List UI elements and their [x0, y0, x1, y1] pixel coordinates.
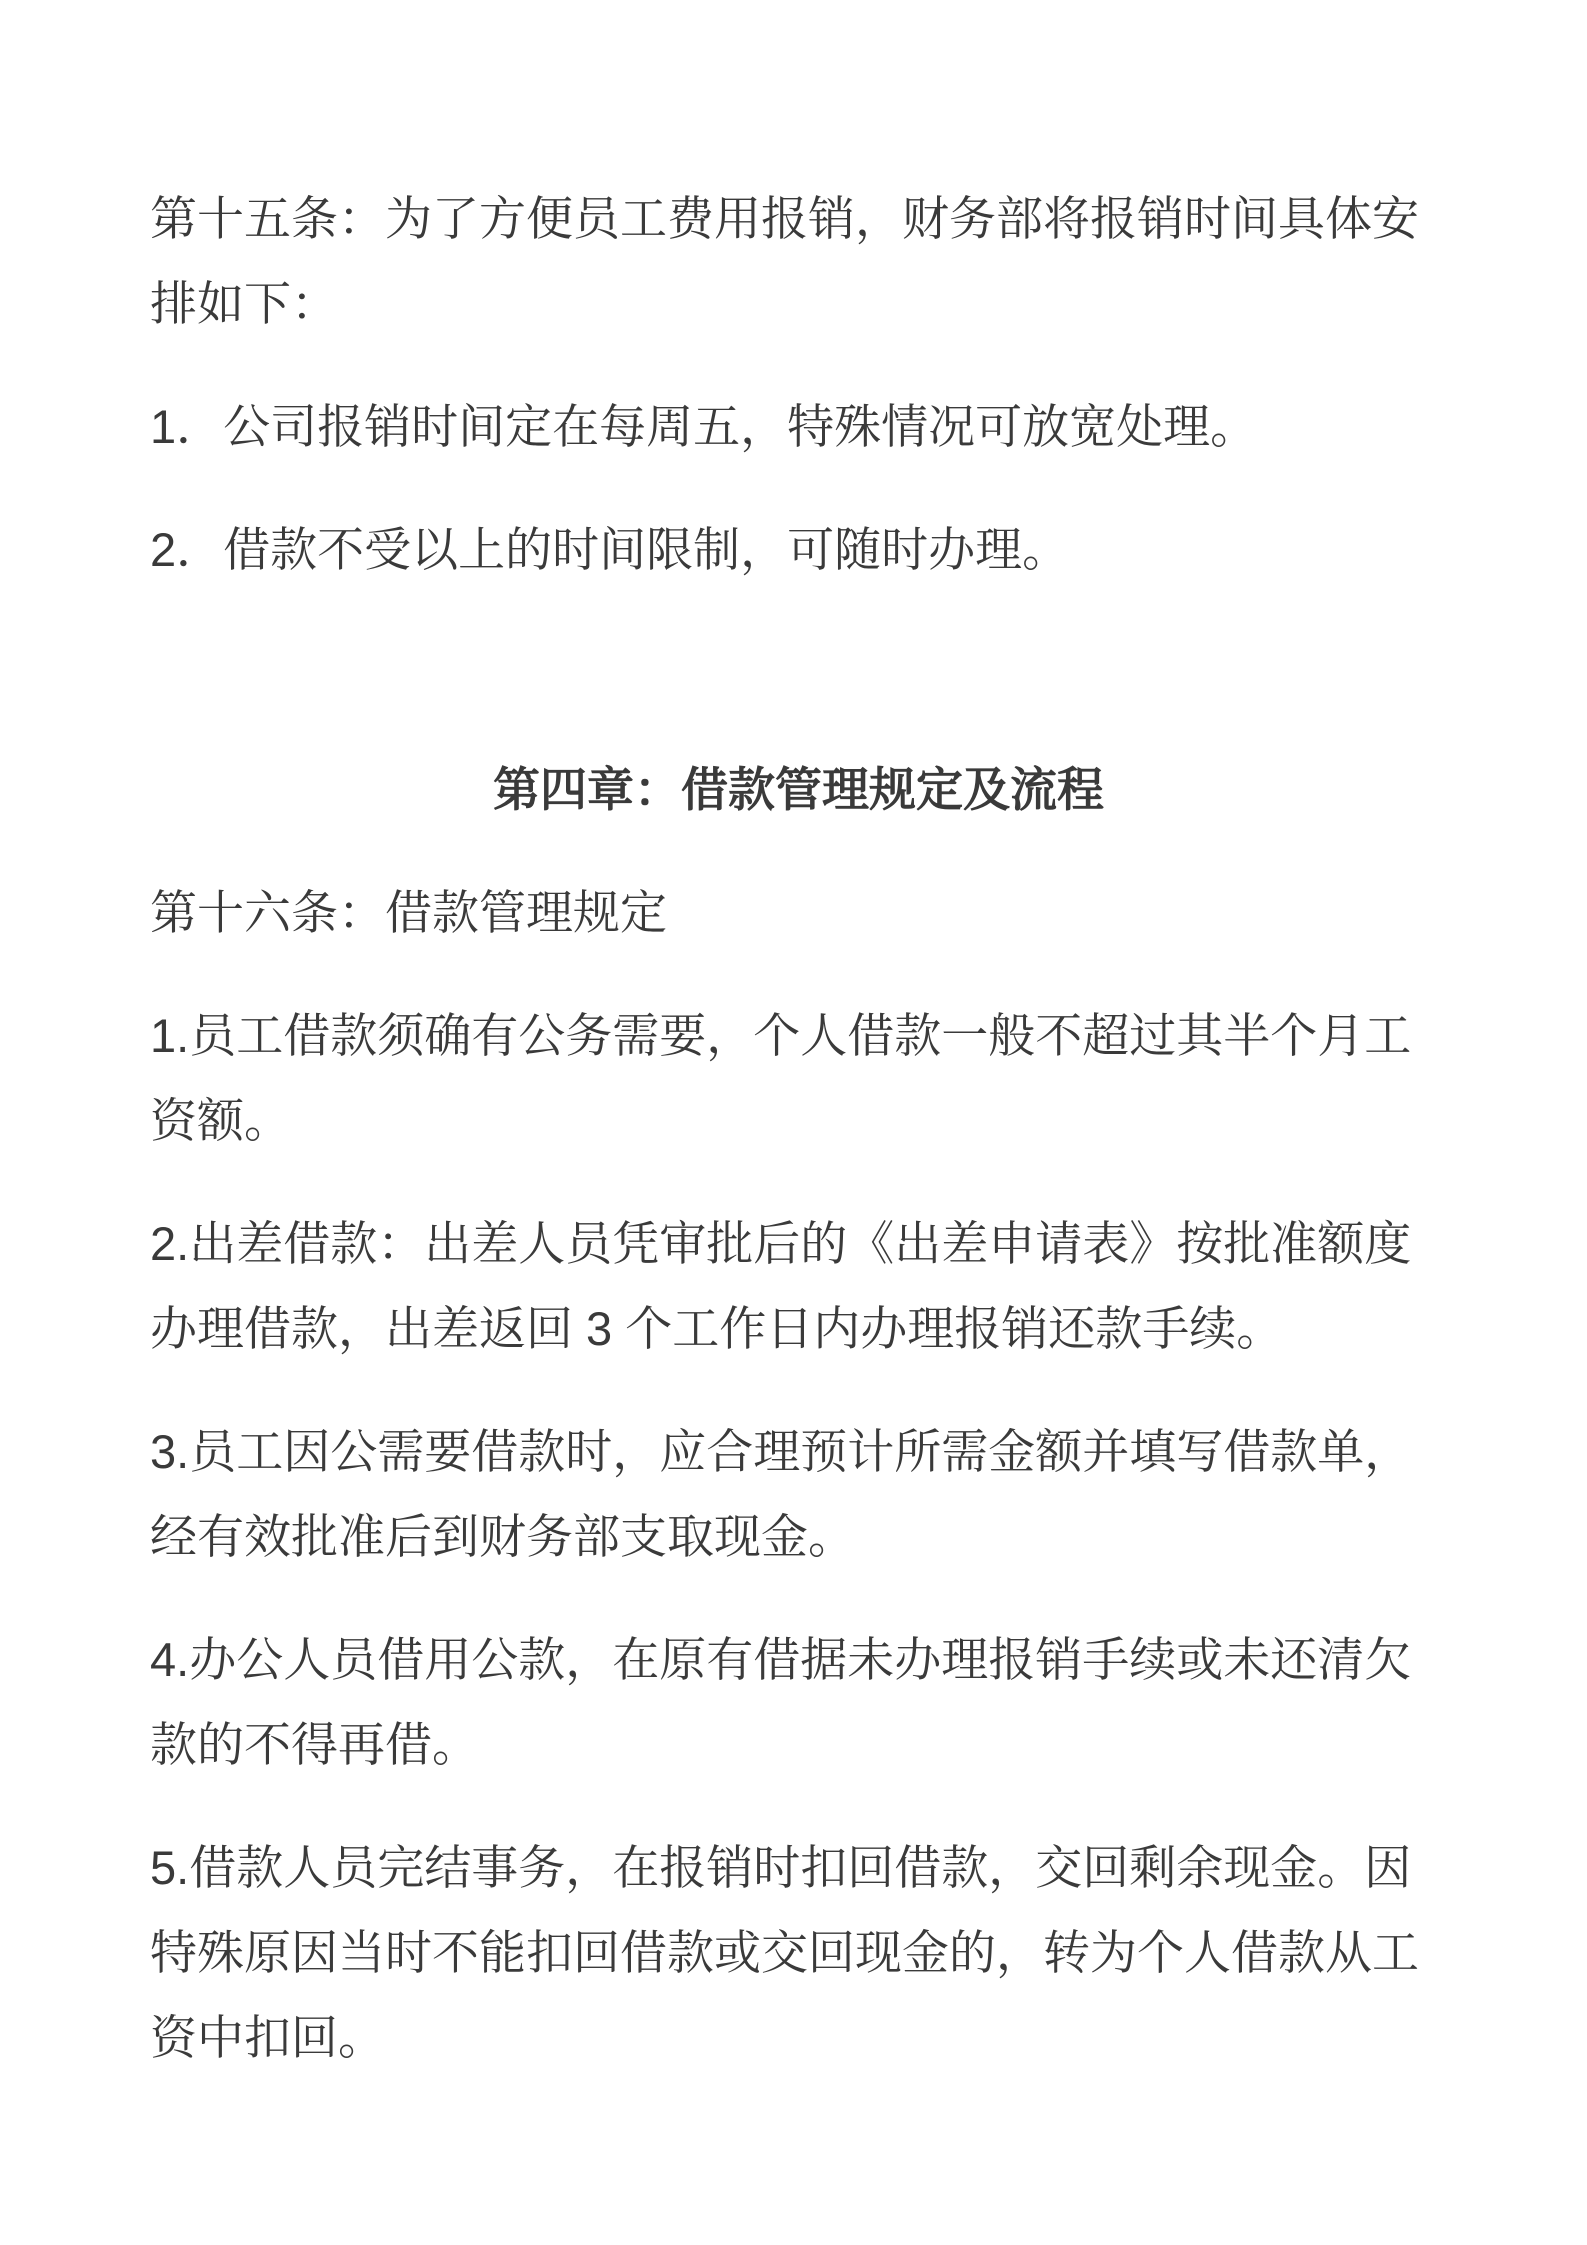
- article-16-item-2: 2.出差借款：出差人员凭审批后的《出差申请表》按批准额度办理借款，出差返回 3 …: [150, 1201, 1447, 1371]
- article-16-title: 第十六条：借款管理规定: [150, 870, 1447, 955]
- article-15-item-1: 1．公司报销时间定在每周五，特殊情况可放宽处理。: [150, 384, 1447, 469]
- article-16-item-3: 3.员工因公需要借款时，应合理预计所需金额并填写借款单，经有效批准后到财务部支取…: [150, 1409, 1447, 1579]
- chapter-4-heading: 第四章：借款管理规定及流程: [150, 747, 1447, 832]
- article-16-item-5: 5.借款人员完结事务，在报销时扣回借款，交回剩余现金。因特殊原因当时不能扣回借款…: [150, 1825, 1447, 2080]
- article-16-item-1: 1.员工借款须确有公务需要，个人借款一般不超过其半个月工资额。: [150, 993, 1447, 1163]
- article-15-intro: 第十五条：为了方便员工费用报销，财务部将报销时间具体安排如下：: [150, 176, 1447, 346]
- document-page: 第十五条：为了方便员工费用报销，财务部将报销时间具体安排如下： 1．公司报销时间…: [0, 0, 1587, 2245]
- article-15-item-2: 2．借款不受以上的时间限制，可随时办理。: [150, 507, 1447, 592]
- article-16-item-4: 4.办公人员借用公款，在原有借据未办理报销手续或未还清欠款的不得再借。: [150, 1617, 1447, 1787]
